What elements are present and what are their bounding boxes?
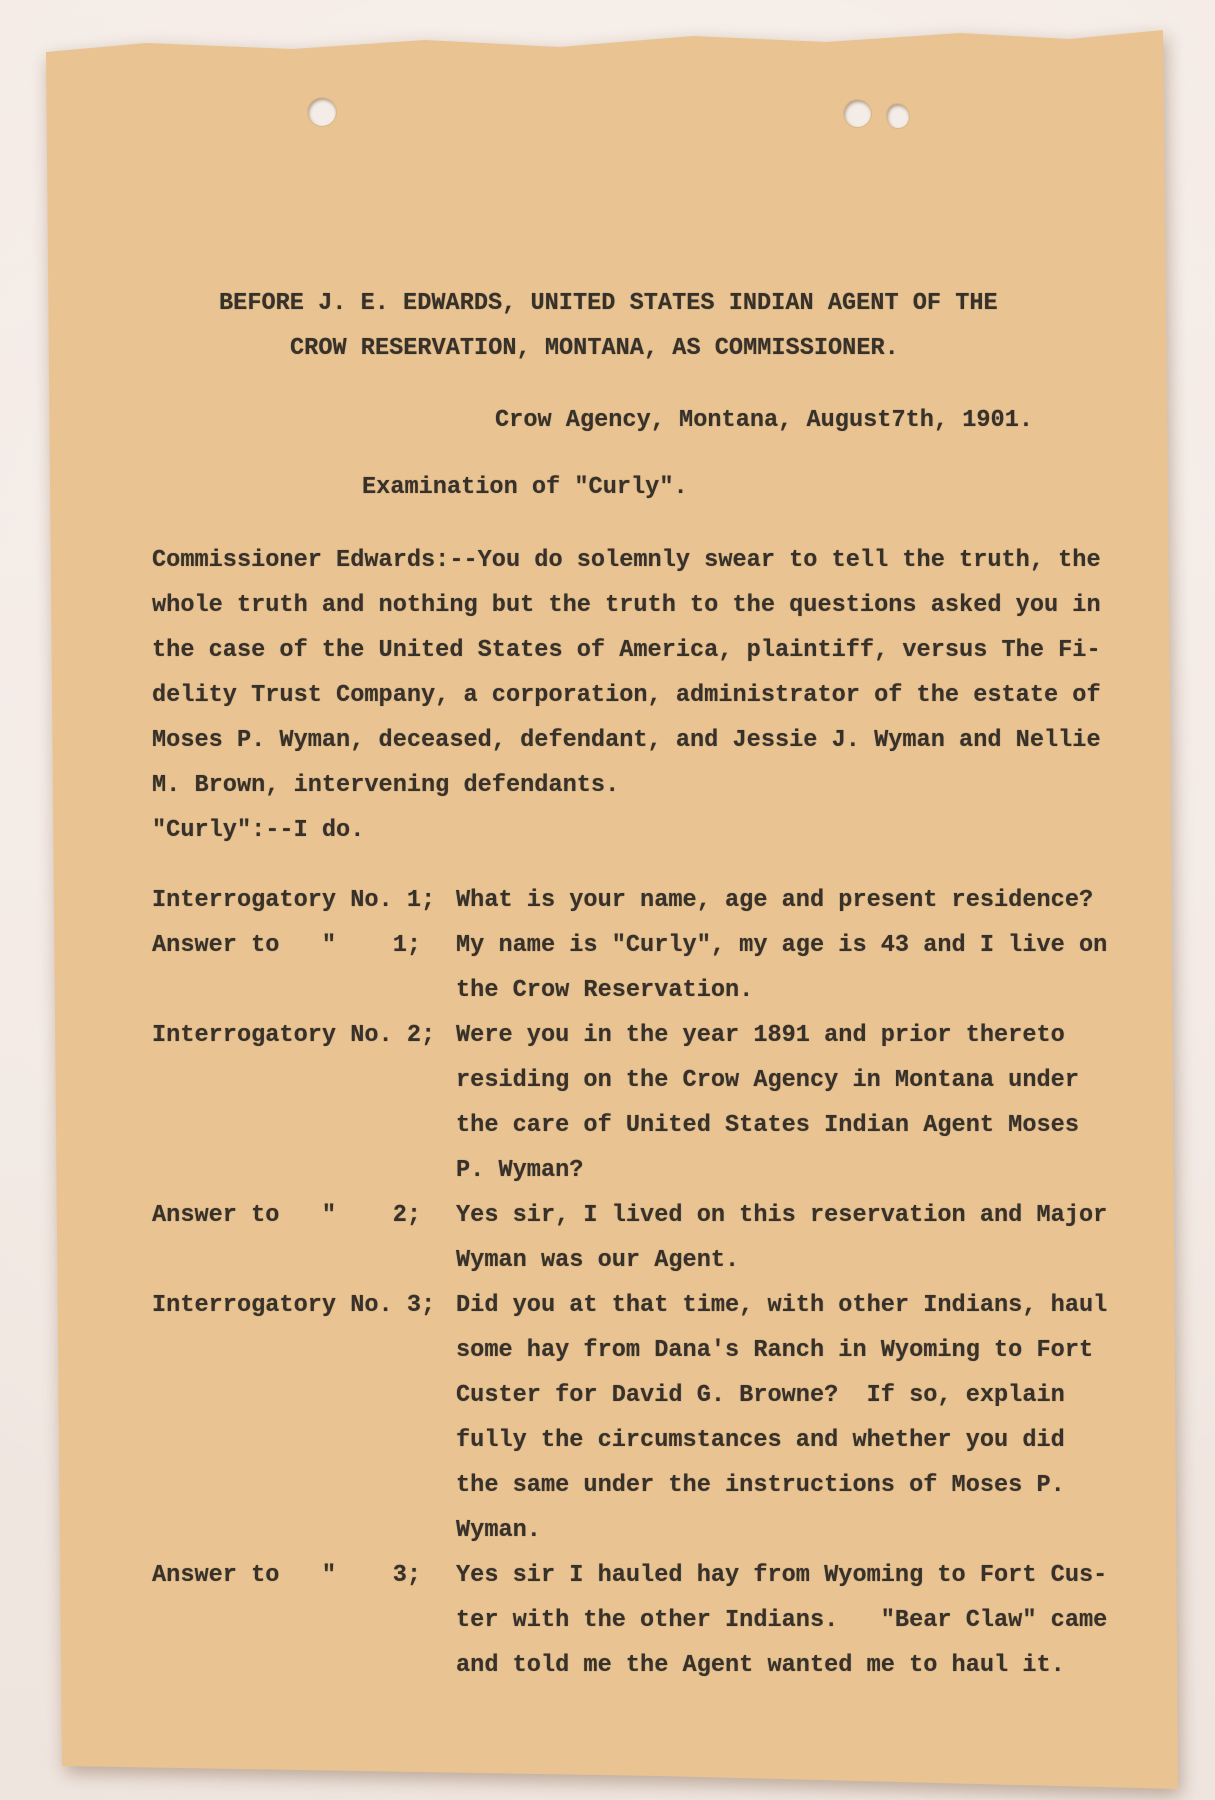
punch-hole-right-1 — [844, 100, 871, 127]
qa-line: residing on the Crow Agency in Montana u… — [456, 1058, 1215, 1103]
qa-line: ter with the other Indians. "Bear Claw" … — [456, 1598, 1215, 1643]
qa-line: P. Wyman? — [456, 1148, 1215, 1193]
qa-label: Answer to " 3; — [152, 1553, 421, 1598]
qa-line: the same under the instructions of Moses… — [456, 1463, 1215, 1508]
oath-line: "Curly":--I do. — [152, 808, 1101, 853]
oath-line: Commissioner Edwards:--You do solemnly s… — [152, 538, 1101, 583]
qa-line: some hay from Dana's Ranch in Wyoming to… — [456, 1328, 1215, 1373]
oath-line: Moses P. Wyman, deceased, defendant, and… — [152, 718, 1101, 763]
qa-item: Answer to " 3;Yes sir I hauled hay from … — [0, 1553, 1215, 1688]
qa-label: Interrogatory No. 3; — [152, 1283, 435, 1328]
oath-line: M. Brown, intervening defendants. — [152, 763, 1101, 808]
document-title: Examination of "Curly". — [362, 465, 688, 510]
qa-label: Interrogatory No. 1; — [152, 878, 435, 923]
paper-shadow: BEFORE J. E. EDWARDS, UNITED STATES INDI… — [0, 0, 1215, 1800]
oath-line: delity Trust Company, a corporation, adm… — [152, 673, 1101, 718]
qa-line: Wyman was our Agent. — [456, 1238, 1215, 1283]
oath-paragraph: Commissioner Edwards:--You do solemnly s… — [152, 538, 1101, 853]
punch-hole-right-2 — [887, 104, 909, 128]
heading-line2: CROW RESERVATION, MONTANA, AS COMMISSION… — [290, 326, 899, 371]
qa-content: Did you at that time, with other Indians… — [456, 1283, 1215, 1553]
qa-line: Were you in the year 1891 and prior ther… — [456, 1013, 1215, 1058]
oath-line: whole truth and nothing but the truth to… — [152, 583, 1101, 628]
qa-line: What is your name, age and present resid… — [456, 878, 1215, 923]
qa-line: Custer for David G. Browne? If so, expla… — [456, 1373, 1215, 1418]
qa-line: fully the circumstances and whether you … — [456, 1418, 1215, 1463]
qa-item: Answer to " 2;Yes sir, I lived on this r… — [0, 1193, 1215, 1283]
qa-item: Interrogatory No. 3;Did you at that time… — [0, 1283, 1215, 1553]
qa-line: the Crow Reservation. — [456, 968, 1215, 1013]
qa-line: My name is "Curly", my age is 43 and I l… — [456, 923, 1215, 968]
punch-hole-left — [308, 98, 336, 126]
qa-content: Yes sir, I lived on this reservation and… — [456, 1193, 1215, 1283]
qa-section: Interrogatory No. 1;What is your name, a… — [0, 878, 1215, 1688]
heading-line1: BEFORE J. E. EDWARDS, UNITED STATES INDI… — [219, 281, 998, 326]
qa-line: Did you at that time, with other Indians… — [456, 1283, 1215, 1328]
qa-label: Answer to " 1; — [152, 923, 421, 968]
qa-line: Yes sir, I lived on this reservation and… — [456, 1193, 1215, 1238]
qa-line: the care of United States Indian Agent M… — [456, 1103, 1215, 1148]
oath-line: the case of the United States of America… — [152, 628, 1101, 673]
paper-sheet: BEFORE J. E. EDWARDS, UNITED STATES INDI… — [0, 0, 1215, 1800]
qa-line: Yes sir I hauled hay from Wyoming to For… — [456, 1553, 1215, 1598]
qa-label: Interrogatory No. 2; — [152, 1013, 435, 1058]
qa-item: Interrogatory No. 2;Were you in the year… — [0, 1013, 1215, 1193]
dateline: Crow Agency, Montana, August7th, 1901. — [495, 398, 1033, 443]
qa-line: Wyman. — [456, 1508, 1215, 1553]
qa-content: Yes sir I hauled hay from Wyoming to For… — [456, 1553, 1215, 1688]
qa-label: Answer to " 2; — [152, 1193, 421, 1238]
scanned-document: BEFORE J. E. EDWARDS, UNITED STATES INDI… — [0, 0, 1215, 1800]
qa-content: My name is "Curly", my age is 43 and I l… — [456, 923, 1215, 1013]
qa-content: Were you in the year 1891 and prior ther… — [456, 1013, 1215, 1193]
qa-line: and told me the Agent wanted me to haul … — [456, 1643, 1215, 1688]
qa-item: Answer to " 1;My name is "Curly", my age… — [0, 923, 1215, 1013]
qa-content: What is your name, age and present resid… — [456, 878, 1215, 923]
qa-item: Interrogatory No. 1;What is your name, a… — [0, 878, 1215, 923]
